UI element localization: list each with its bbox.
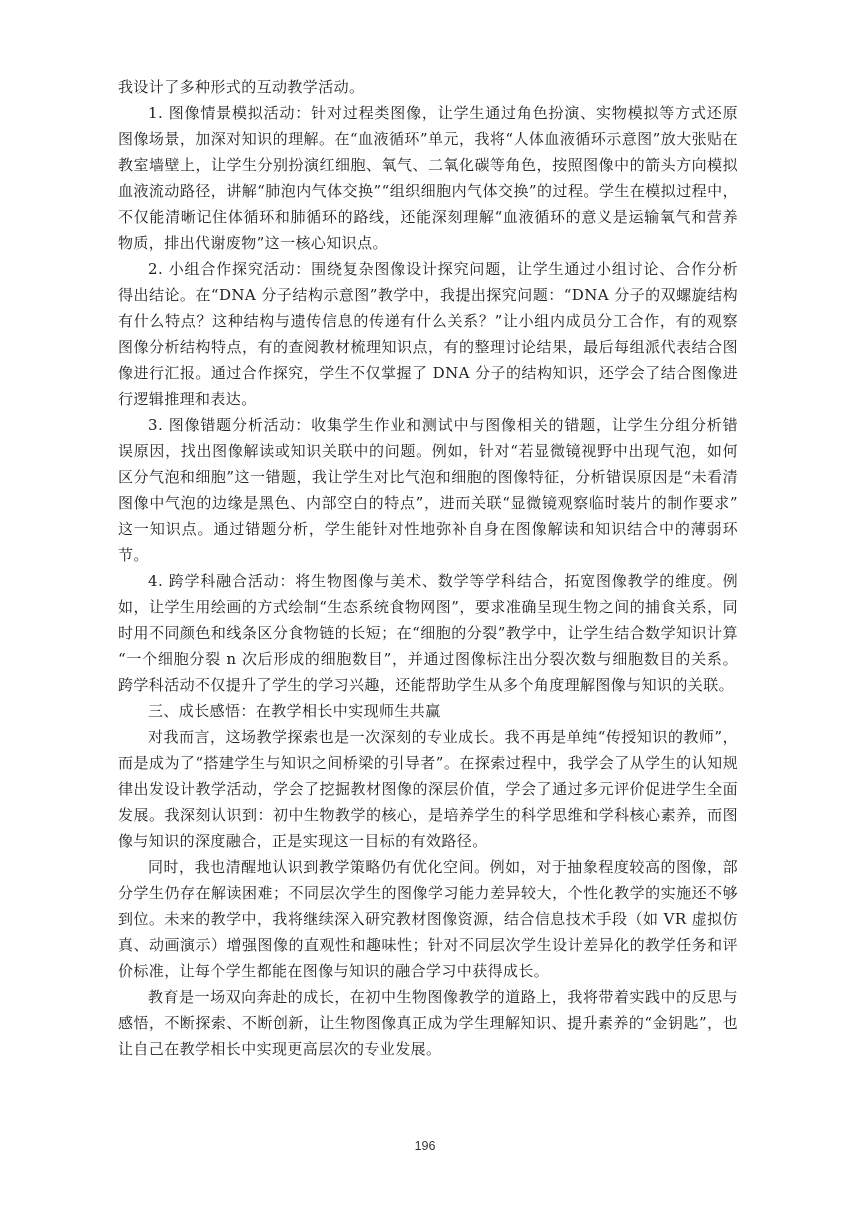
paragraph-reflection-2: 同时，我也清醒地认识到教学策略仍有优化空间。例如，对于抽象程度较高的图像，部分学… (118, 854, 738, 984)
paragraph-activity-3: 3. 图像错题分析活动：收集学生作业和测试中与图像相关的错题，让学生分组分析错误… (118, 412, 738, 568)
paragraph-closing: 教育是一场双向奔赴的成长，在初中生物图像教学的道路上，我将带着实践中的反思与感悟… (118, 984, 738, 1062)
page-number: 196 (0, 1139, 850, 1153)
paragraph-reflection-1: 对我而言，这场教学探索也是一次深刻的专业成长。我不再是单纯“传授知识的教师”，而… (118, 724, 738, 854)
document-page: 我设计了多种形式的互动教学活动。 1. 图像情景模拟活动：针对过程类图像，让学生… (0, 0, 850, 1205)
section-heading: 三、成长感悟：在教学相长中实现师生共赢 (118, 698, 738, 724)
paragraph-activity-1: 1. 图像情景模拟活动：针对过程类图像，让学生通过角色扮演、实物模拟等方式还原图… (118, 100, 738, 256)
paragraph-activity-4: 4. 跨学科融合活动：将生物图像与美术、数学等学科结合，拓宽图像教学的维度。例如… (118, 568, 738, 698)
paragraph-activity-2: 2. 小组合作探究活动：围绕复杂图像设计探究问题，让学生通过小组讨论、合作分析得… (118, 256, 738, 412)
paragraph-continuation: 我设计了多种形式的互动教学活动。 (118, 74, 738, 100)
document-body: 我设计了多种形式的互动教学活动。 1. 图像情景模拟活动：针对过程类图像，让学生… (118, 74, 738, 1062)
